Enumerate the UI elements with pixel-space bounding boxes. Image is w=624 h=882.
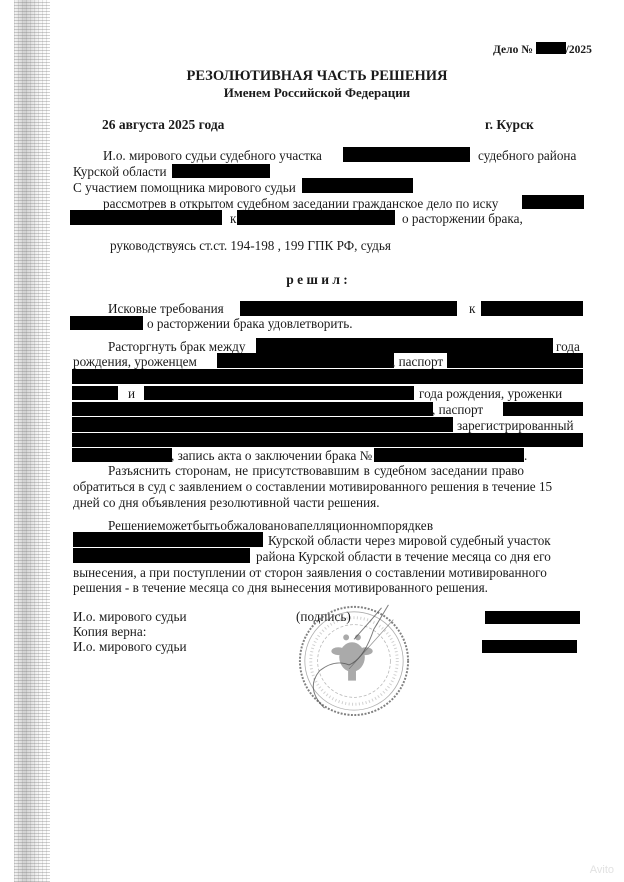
- redaction: [302, 178, 413, 193]
- intro-line1a: И.о. мирового судьи судебного участка: [103, 148, 322, 164]
- p3-line1: Разъяснить сторонам, не присутствовавшим…: [108, 463, 524, 479]
- redaction: [70, 316, 143, 330]
- p1-b: о расторжении брака удовлетворить.: [147, 316, 353, 332]
- p2-record: , запись акта о заключении брака №: [171, 448, 372, 464]
- redaction: [485, 611, 580, 624]
- redaction: [72, 448, 172, 462]
- case-number: Дело № /2025: [493, 42, 592, 58]
- p2-c: года рождения, уроженки: [419, 386, 562, 402]
- document-title: РЕЗОЛЮТИВНАЯ ЧАСТЬ РЕШЕНИЯ: [0, 68, 624, 85]
- case-suffix: /2025: [566, 44, 592, 56]
- redaction: [482, 640, 577, 653]
- redaction: [217, 353, 394, 368]
- decided-heading: р е ш и л :: [0, 272, 624, 288]
- p2-end: .: [524, 448, 527, 464]
- copy-verified: Копия верна:: [73, 624, 146, 640]
- intro-line2: Курской области: [73, 164, 167, 180]
- p4-line3: района Курской области в течение месяца …: [256, 549, 551, 565]
- redaction: [256, 338, 553, 353]
- redaction: [481, 301, 583, 316]
- intro-line5b: о расторжении брака,: [402, 211, 523, 227]
- p2-and: и: [128, 386, 135, 402]
- p1-a: Исковые требования: [108, 301, 224, 317]
- redaction: [72, 417, 453, 432]
- intro-line1b: судебного района: [478, 148, 576, 164]
- redaction: [72, 402, 433, 416]
- p4-line5: решения - в течение месяца со дня вынесе…: [73, 580, 488, 596]
- redaction: [240, 301, 457, 316]
- intro-line6: руководствуясь ст.ст. 194-198 , 199 ГПК …: [110, 238, 391, 254]
- p2-registered: зарегистрированный: [457, 418, 574, 434]
- redaction: [374, 448, 524, 462]
- signature-role1: И.о. мирового судьи: [73, 609, 187, 625]
- p4-line2: Курской области через мировой судебный у…: [268, 533, 551, 549]
- p1-k: к: [469, 301, 475, 317]
- scan-edge-artifact: [14, 0, 50, 882]
- intro-line3: С участием помощника мирового судьи: [73, 180, 296, 196]
- p3-line2: обратиться в суд с заявлением о составле…: [73, 479, 552, 495]
- document-city: г. Курск: [485, 117, 534, 133]
- intro-k: к: [230, 211, 236, 227]
- document-date: 26 августа 2025 года: [102, 117, 224, 133]
- case-label: Дело №: [493, 44, 533, 56]
- redaction: [237, 210, 395, 225]
- redaction: [72, 433, 583, 447]
- redaction: [73, 548, 250, 563]
- redaction: [536, 42, 566, 54]
- redaction: [72, 386, 118, 400]
- redaction: [73, 532, 263, 547]
- redaction: [447, 353, 583, 368]
- redaction: [70, 210, 222, 225]
- redaction: [172, 164, 270, 178]
- p2-passport: , паспорт: [392, 354, 443, 370]
- watermark: Avito: [590, 864, 614, 876]
- court-seal-stamp-icon: [295, 600, 413, 718]
- p2-b: рождения, уроженцем: [73, 354, 197, 370]
- document-subtitle: Именем Российской Федерации: [0, 85, 624, 101]
- redaction: [503, 402, 583, 416]
- redaction: [144, 386, 414, 400]
- signature-role2: И.о. мирового судьи: [73, 639, 187, 655]
- p3-line3: дней со дня объявления резолютивной част…: [73, 495, 380, 511]
- redaction: [72, 369, 583, 384]
- p4-line4: вынесения, а при поступлении от сторон з…: [73, 565, 547, 581]
- redaction: [522, 195, 584, 209]
- p2-passport2: , паспорт: [432, 402, 483, 418]
- redaction: [343, 147, 470, 162]
